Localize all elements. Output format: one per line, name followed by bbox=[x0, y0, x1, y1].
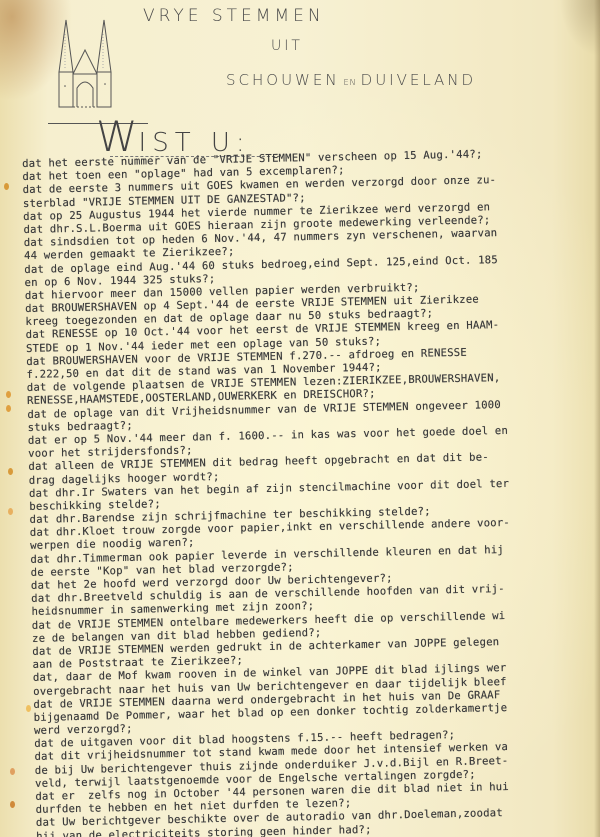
stain-mark bbox=[4, 183, 9, 190]
church-towers-icon bbox=[56, 14, 126, 110]
stain-mark bbox=[8, 508, 13, 515]
masthead-duiveland: DUIVELAND bbox=[361, 71, 476, 89]
stain-mark bbox=[6, 391, 11, 398]
stain-mark bbox=[10, 768, 15, 775]
heading-initial: W bbox=[96, 112, 139, 161]
stain-mark bbox=[8, 468, 13, 475]
masthead-region: SCHOUWENENDUIVELAND bbox=[226, 71, 476, 89]
masthead-schouwen: SCHOUWEN bbox=[226, 71, 340, 89]
stain-mark bbox=[6, 405, 11, 412]
masthead-uit: UIT bbox=[271, 38, 303, 54]
stain-mark bbox=[26, 705, 31, 712]
stain-mark bbox=[10, 801, 15, 808]
masthead-title: VRYE STEMMEN bbox=[143, 6, 325, 26]
typed-body-text: dat het eerste nummer van de "VRIJE STEM… bbox=[22, 145, 600, 837]
masthead-en: EN bbox=[344, 78, 357, 87]
